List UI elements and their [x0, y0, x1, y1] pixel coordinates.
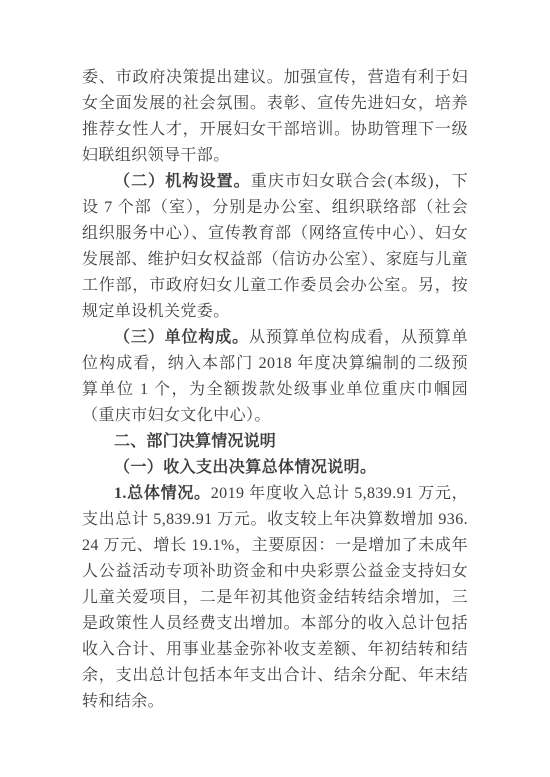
paragraph-org-setup: （二）机构设置。重庆市妇女联合会(本级)，下设 7 个部（室），分别是办公室、组…: [82, 169, 468, 325]
paragraph-text: 重庆市妇女联合会(本级)，下设 7 个部（室），分别是办公室、组织联络部（社会组…: [82, 173, 468, 320]
paragraph-text: 委、市政府决策提出建议。加强宣传，营造有利于妇女全面发展的社会氛围。表彰、宣传先…: [82, 69, 468, 164]
heading-text: 二、部门决算情况说明: [114, 433, 276, 450]
document-page: 委、市政府决策提出建议。加强宣传，营造有利于妇女全面发展的社会氛围。表彰、宣传先…: [0, 0, 550, 777]
paragraph-lead: （三）单位构成。: [114, 329, 249, 346]
paragraph-text: 2019 年度收入总计 5,839.91 万元，支出总计 5,839.91 万元…: [82, 485, 468, 710]
paragraph-intro-continuation: 委、市政府决策提出建议。加强宣传，营造有利于妇女全面发展的社会氛围。表彰、宣传先…: [82, 65, 468, 169]
paragraph-overall-situation: 1.总体情况。2019 年度收入总计 5,839.91 万元，支出总计 5,83…: [82, 481, 468, 715]
paragraph-unit-composition: （三）单位构成。从预算单位构成看，从预算单位构成看，纳入本部门 2018 年度决…: [82, 325, 468, 429]
heading-subsection-one: （一）收入支出决算总体情况说明。: [82, 455, 468, 481]
heading-section-two: 二、部门决算情况说明: [82, 429, 468, 455]
paragraph-lead: （二）机构设置。: [114, 173, 251, 190]
heading-text: （一）收入支出决算总体情况说明。: [114, 459, 376, 476]
paragraph-lead: 1.总体情况。: [114, 485, 211, 502]
